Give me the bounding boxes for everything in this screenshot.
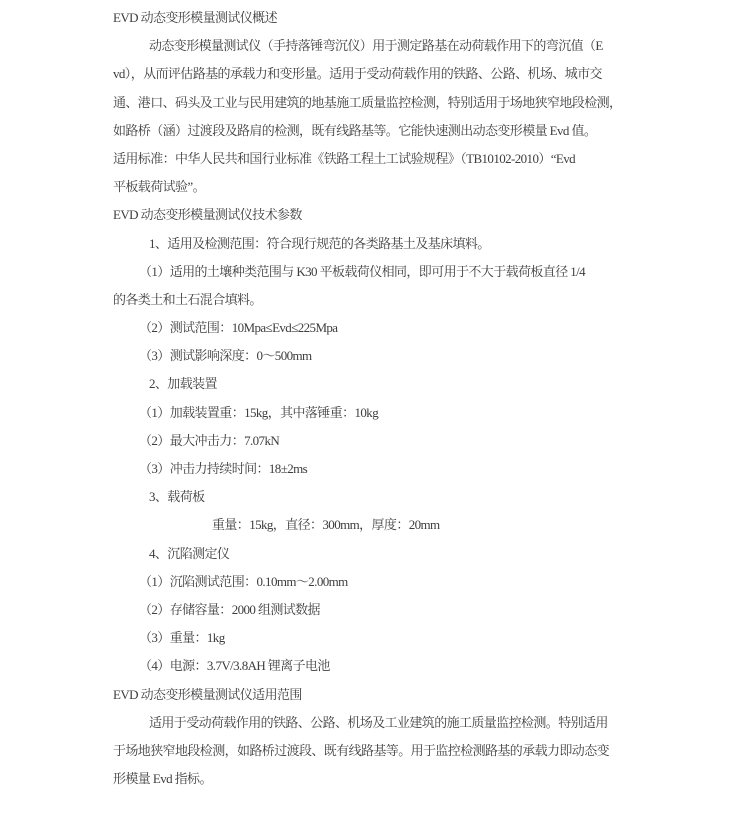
- item-2-3-impact-duration: （3）冲击力持续时间：18±2ms: [113, 455, 750, 483]
- item-2-1-device-weight: （1）加载装置重：15kg，其中落锤重：10kg: [113, 399, 750, 427]
- item-4-3-weight: （3）重量：1kg: [113, 624, 750, 652]
- item-3-load-plate: 3、载荷板: [113, 483, 750, 511]
- para-overview-line-3: 通、港口、码头及工业与民用建筑的地基施工质量监控检测，特别适用于场地狭窄地段检测…: [113, 89, 750, 117]
- para-standard-line-2: 平板载荷试验”。: [113, 173, 750, 201]
- item-4-2-storage-capacity: （2）存储容量：2000 组测试数据: [113, 596, 750, 624]
- item-4-4-power: （4）电源：3.7V/3.8AH 锂离子电池: [113, 652, 750, 680]
- para-overview-line-4: 如路桥（涵）过渡段及路肩的检测，既有线路基等。它能快速测出动态变形模量 Evd …: [113, 117, 750, 145]
- heading-application-range: EVD 动态变形模量测试仪适用范围: [113, 681, 750, 709]
- item-4-settlement-meter: 4、沉陷测定仪: [113, 540, 750, 568]
- item-1-1-line-1: （1）适用的土壤种类范围与 K30 平板载荷仪相同，即可用于不大于载荷板直径 1…: [113, 258, 750, 286]
- item-2-2-max-impact: （2）最大冲击力：7.07kN: [113, 427, 750, 455]
- heading-overview: EVD 动态变形模量测试仪概述: [113, 4, 750, 32]
- item-1-2-test-range: （2）测试范围：10Mpa≤Evd≤225Mpa: [113, 314, 750, 342]
- heading-tech-params: EVD 动态变形模量测试仪技术参数: [113, 201, 750, 229]
- para-application-line-3: 形模量 Evd 指标。: [113, 765, 750, 793]
- item-1-scope: 1、适用及检测范围：符合现行规范的各类路基土及基床填料。: [113, 230, 750, 258]
- para-overview-line-1: 动态变形模量测试仪（手持落锤弯沉仪）用于测定路基在动荷载作用下的弯沉值（E: [113, 32, 750, 60]
- item-1-3-influence-depth: （3）测试影响深度：0～500mm: [113, 342, 750, 370]
- para-application-line-2: 于场地狭窄地段检测，如路桥过渡段、既有线路基等。用于监控检测路基的承载力即动态变: [113, 737, 750, 765]
- document-page: EVD 动态变形模量测试仪概述 动态变形模量测试仪（手持落锤弯沉仪）用于测定路基…: [0, 0, 750, 819]
- item-4-1-settlement-range: （1）沉陷测试范围：0.10mm～2.00mm: [113, 568, 750, 596]
- item-2-loading-device: 2、加载装置: [113, 370, 750, 398]
- para-overview-line-2: vd），从而评估路基的承载力和变形量。适用于受动荷载作用的铁路、公路、机场、城市…: [113, 60, 750, 88]
- para-standard-line-1: 适用标准：中华人民共和国行业标准《铁路工程土工试验规程》（TB10102-201…: [113, 145, 750, 173]
- item-3-plate-spec: 重量：15kg，直径：300mm，厚度：20mm: [113, 511, 750, 539]
- item-1-1-line-2: 的各类土和土石混合填料。: [113, 286, 750, 314]
- para-application-line-1: 适用于受动荷载作用的铁路、公路、机场及工业建筑的施工质量监控检测。特别适用: [113, 709, 750, 737]
